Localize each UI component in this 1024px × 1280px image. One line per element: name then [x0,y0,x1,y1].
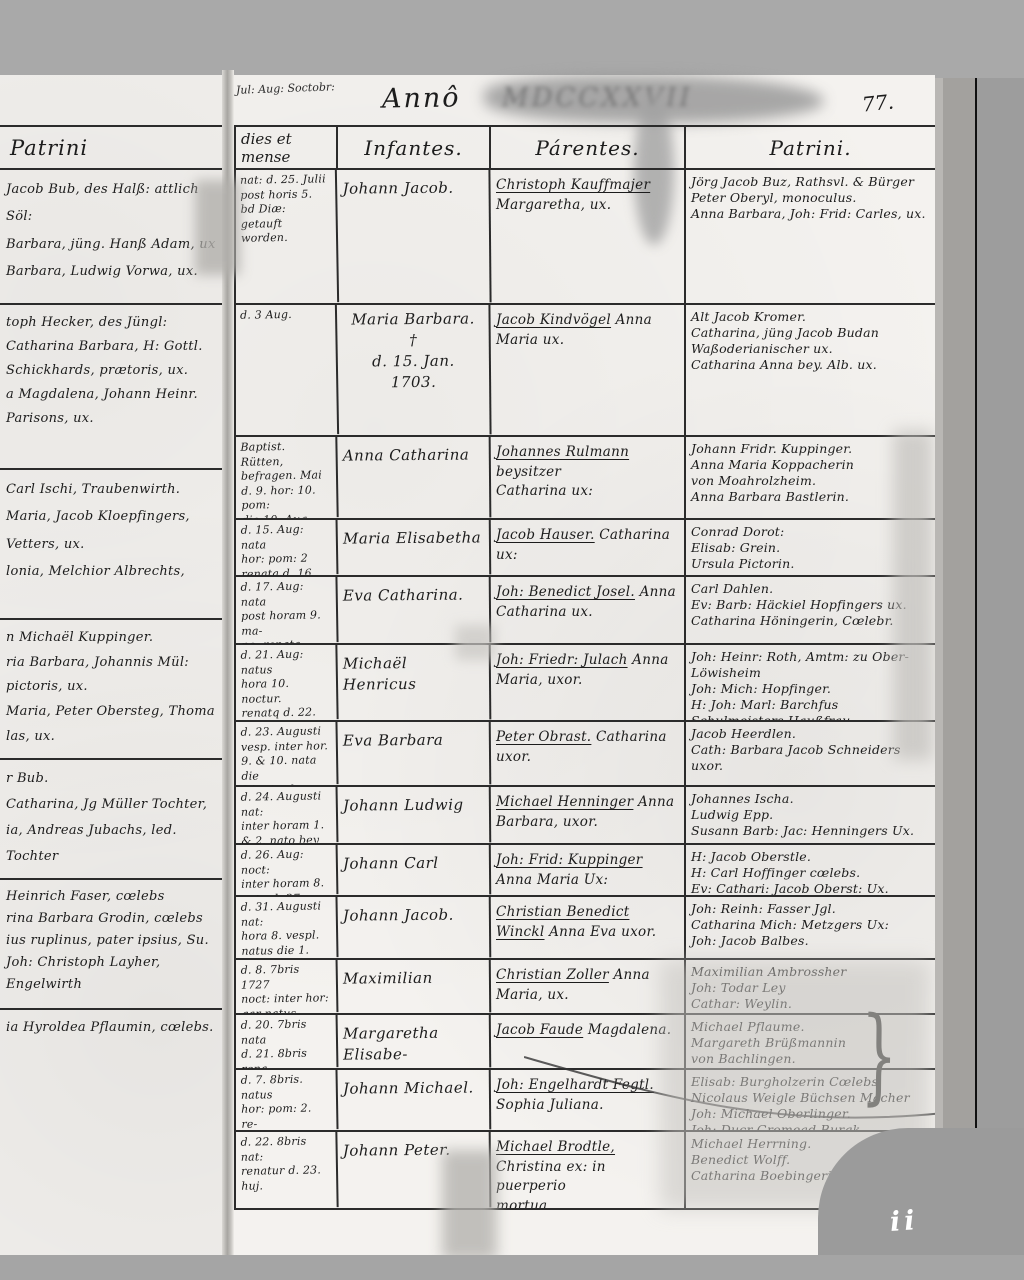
cell-parents-rest: Margaretha, ux. [496,197,611,213]
cell-parents-name: Christian Zoller [496,967,609,983]
anno-title: Annô [382,82,461,114]
cell-infant: Anna Catharina [338,436,492,518]
scanned-register-page: Patrini Jacob Bub, des Halß: attlich Söl… [0,0,1024,1280]
header-infantes: Infantes. [338,127,491,168]
cell-date: d. 31. Augusti nat: hora 8. vespl. natus… [235,896,338,959]
table-row: d. 21. Aug: natus hora 10. noctur. renat… [236,645,935,722]
cell-parents-rest: Anna Eva uxor. [549,924,656,940]
left-patrini-entry: Carl Ischi, Traubenwirth. Maria, Jacob K… [0,470,222,620]
header-patrini: Patrini. [686,127,935,168]
table-row: d. 24. Augusti nat: inter horam 1. & 2. … [236,787,935,845]
cell-parents-rest: Christina ex: in puerperio mortua. [496,1159,606,1208]
scanner-band-bottom [0,1255,1024,1280]
cell-date: d. 15. Aug: nata hor: pom: 2 renata d. 1… [236,519,339,576]
left-patrini-header-label: Patrini [10,136,88,160]
table-row: nat: d. 25. Julii post horis 5. bd Diæ: … [236,170,935,305]
book-gutter-shadow [222,70,234,1260]
cell-infant: Maximilian [338,959,491,1013]
cell-parents-rest: Anna Maria Ux: [496,872,608,888]
header-parentes: Párentes. [491,127,686,168]
table-header-row: dies et mense Infantes. Párentes. Patrin… [236,125,935,170]
cell-infant: Maria Elisabetha [338,519,491,575]
cell-patrini: Alt Jacob Kromer. Catharina, jüng Jacob … [686,305,935,435]
cell-infant: Maria Barbara. † d. 15. Jan. 1703. [337,304,491,435]
left-patrini-entry: ia Hyroldea Pflaumin, cœlebs. [0,1010,222,1261]
header-dies-et-mense: dies et mense [236,127,338,168]
book-edge [935,78,1024,1280]
cell-parents-name: Peter Obrast. [496,729,591,745]
cell-patrini: Johann Fridr. Kuppinger. Anna Maria Kopp… [686,437,935,518]
scanner-band-top [0,0,1024,75]
cell-date: d. 23. Augusti vesp. inter hor. 9. & 10.… [235,721,338,786]
table-row: d. 26. Aug: noct: inter horam 8. natq d.… [236,845,935,897]
cell-patrini: H: Jacob Oberstle. H: Carl Hoffinger cœl… [686,845,935,895]
cell-infant: Johann Carl [338,844,491,895]
cell-patrini: Jacob Heerdlen. Cath: Barbara Jacob Schn… [686,722,935,785]
left-patrini-entry: Heinrich Faser, cœlebs rina Barbara Grod… [0,880,222,1010]
cell-date: nat: d. 25. Julii post horis 5. bd Diæ: … [235,169,339,304]
cell-patrini: Carl Dahlen. Ev: Barb: Häckiel Hopfinger… [686,577,935,643]
cell-date: d. 21. Aug: natus hora 10. noctur. renat… [235,644,338,721]
cell-date: d. 26. Aug: noct: inter horam 8. natq d.… [236,844,339,896]
cell-infant: Johann Michael. [338,1069,492,1130]
cell-infant: Johann Jacob. [338,896,492,958]
page-top-band: Jul: Aug: Soctobr: Annô MDCCXXVII 77. [234,75,935,125]
cell-date: Baptist. Rütten, befragen. Mai d. 9. hor… [235,436,338,519]
table-row: d. 31. Augusti nat: hora 8. vespl. natus… [236,897,935,960]
cell-infant: Johann Peter. [338,1131,492,1208]
cell-patrini: Joh: Reinh: Fasser Jgl. Catharina Mich: … [686,897,935,958]
table-row: Baptist. Rütten, befragen. Mai d. 9. hor… [236,437,935,520]
cell-parents-name: Johannes Rulmann [496,444,629,460]
cell-infant: Michaël Henricus [338,644,492,720]
table-row: d. 3 Aug. Maria Barbara. † d. 15. Jan. 1… [236,305,935,437]
cell-patrini: Johannes Ischa. Ludwig Epp. Susann Barb:… [686,787,935,843]
table-row: d. 8. 7bris 1727 noct: inter hor: gar na… [236,960,935,1015]
cell-date: d. 17. Aug: nata post horam 9. ma- ne; r… [235,576,338,644]
cell-parents-name: Joh: Benedict Josel. [496,584,635,600]
cell-date: d. 22. 8bris nat: renatur d. 23. huj. [235,1131,338,1209]
table-row: d. 23. Augusti vesp. inter hor. 9. & 10.… [236,722,935,787]
left-page-fragment: Patrini Jacob Bub, des Halß: attlich Söl… [0,75,222,1255]
cell-parents-name: Jacob Kindvögel [496,312,611,328]
cell-parents-name: Jacob Hauser. [496,527,595,543]
left-patrini-entry: Jacob Bub, des Halß: attlich Söl: Barbar… [0,170,222,305]
cell-date: d. 7. 8bris. natus hor: pom: 2. re- nat:… [235,1069,338,1131]
corner-mark: ii [889,1205,920,1238]
cell-date: d. 24. Augusti nat: inter horam 1. & 2. … [236,786,339,844]
left-top-margin [0,75,222,125]
cell-parents-rest: beysitzer Catharina ux: [496,464,593,500]
cell-patrini: Conrad Dorot: Elisab: Grein. Ursula Pict… [686,520,935,575]
month-note: Jul: Aug: Soctobr: [236,80,335,96]
page-number: 77. [861,89,895,116]
cell-infant: Eva Barbara [338,721,492,785]
cell-date: d. 3 Aug. [235,304,339,436]
cell-parents-name: Michael Henninger [496,794,633,810]
left-patrini-header: Patrini [0,125,222,170]
cell-infant: Eva Catharina. [338,576,492,643]
cell-parents-name: Joh: Frid: Kuppinger [496,852,643,868]
table-row: d. 17. Aug: nata post horam 9. ma- ne; r… [236,577,935,645]
table-row: d. 15. Aug: nata hor: pom: 2 renata d. 1… [236,520,935,577]
cell-date: d. 20. 7bris nata d. 21. 8bris rena- ta. [236,1014,339,1069]
cell-infant: Johann Jacob. [337,169,491,303]
cell-infant: Johann Ludwig [338,786,491,843]
cell-infant: Margaretha Elisabe- tha. [338,1014,491,1068]
register-page: Jul: Aug: Soctobr: Annô MDCCXXVII 77. di… [234,75,935,1255]
cell-date: d. 8. 7bris 1727 noct: inter hor: gar na… [236,959,339,1014]
cell-patrini: Joh: Heinr: Roth, Amtm: zu Ober- Löwishe… [686,645,935,720]
cell-parents-name: Christoph Kauffmajer [496,177,650,193]
left-patrini-entry: n Michaël Kuppinger. ria Barbara, Johann… [0,620,222,760]
left-patrini-entry: r Bub. Catharina, Jg Müller Tochter, ia,… [0,760,222,880]
left-patrini-entry: toph Hecker, des Jüngl: Catharina Barbar… [0,305,222,470]
cell-parents-name: Joh: Friedr: Julach [496,652,628,668]
cell-patrini: Jörg Jacob Buz, Rathsvl. & Bürger Peter … [686,170,935,303]
